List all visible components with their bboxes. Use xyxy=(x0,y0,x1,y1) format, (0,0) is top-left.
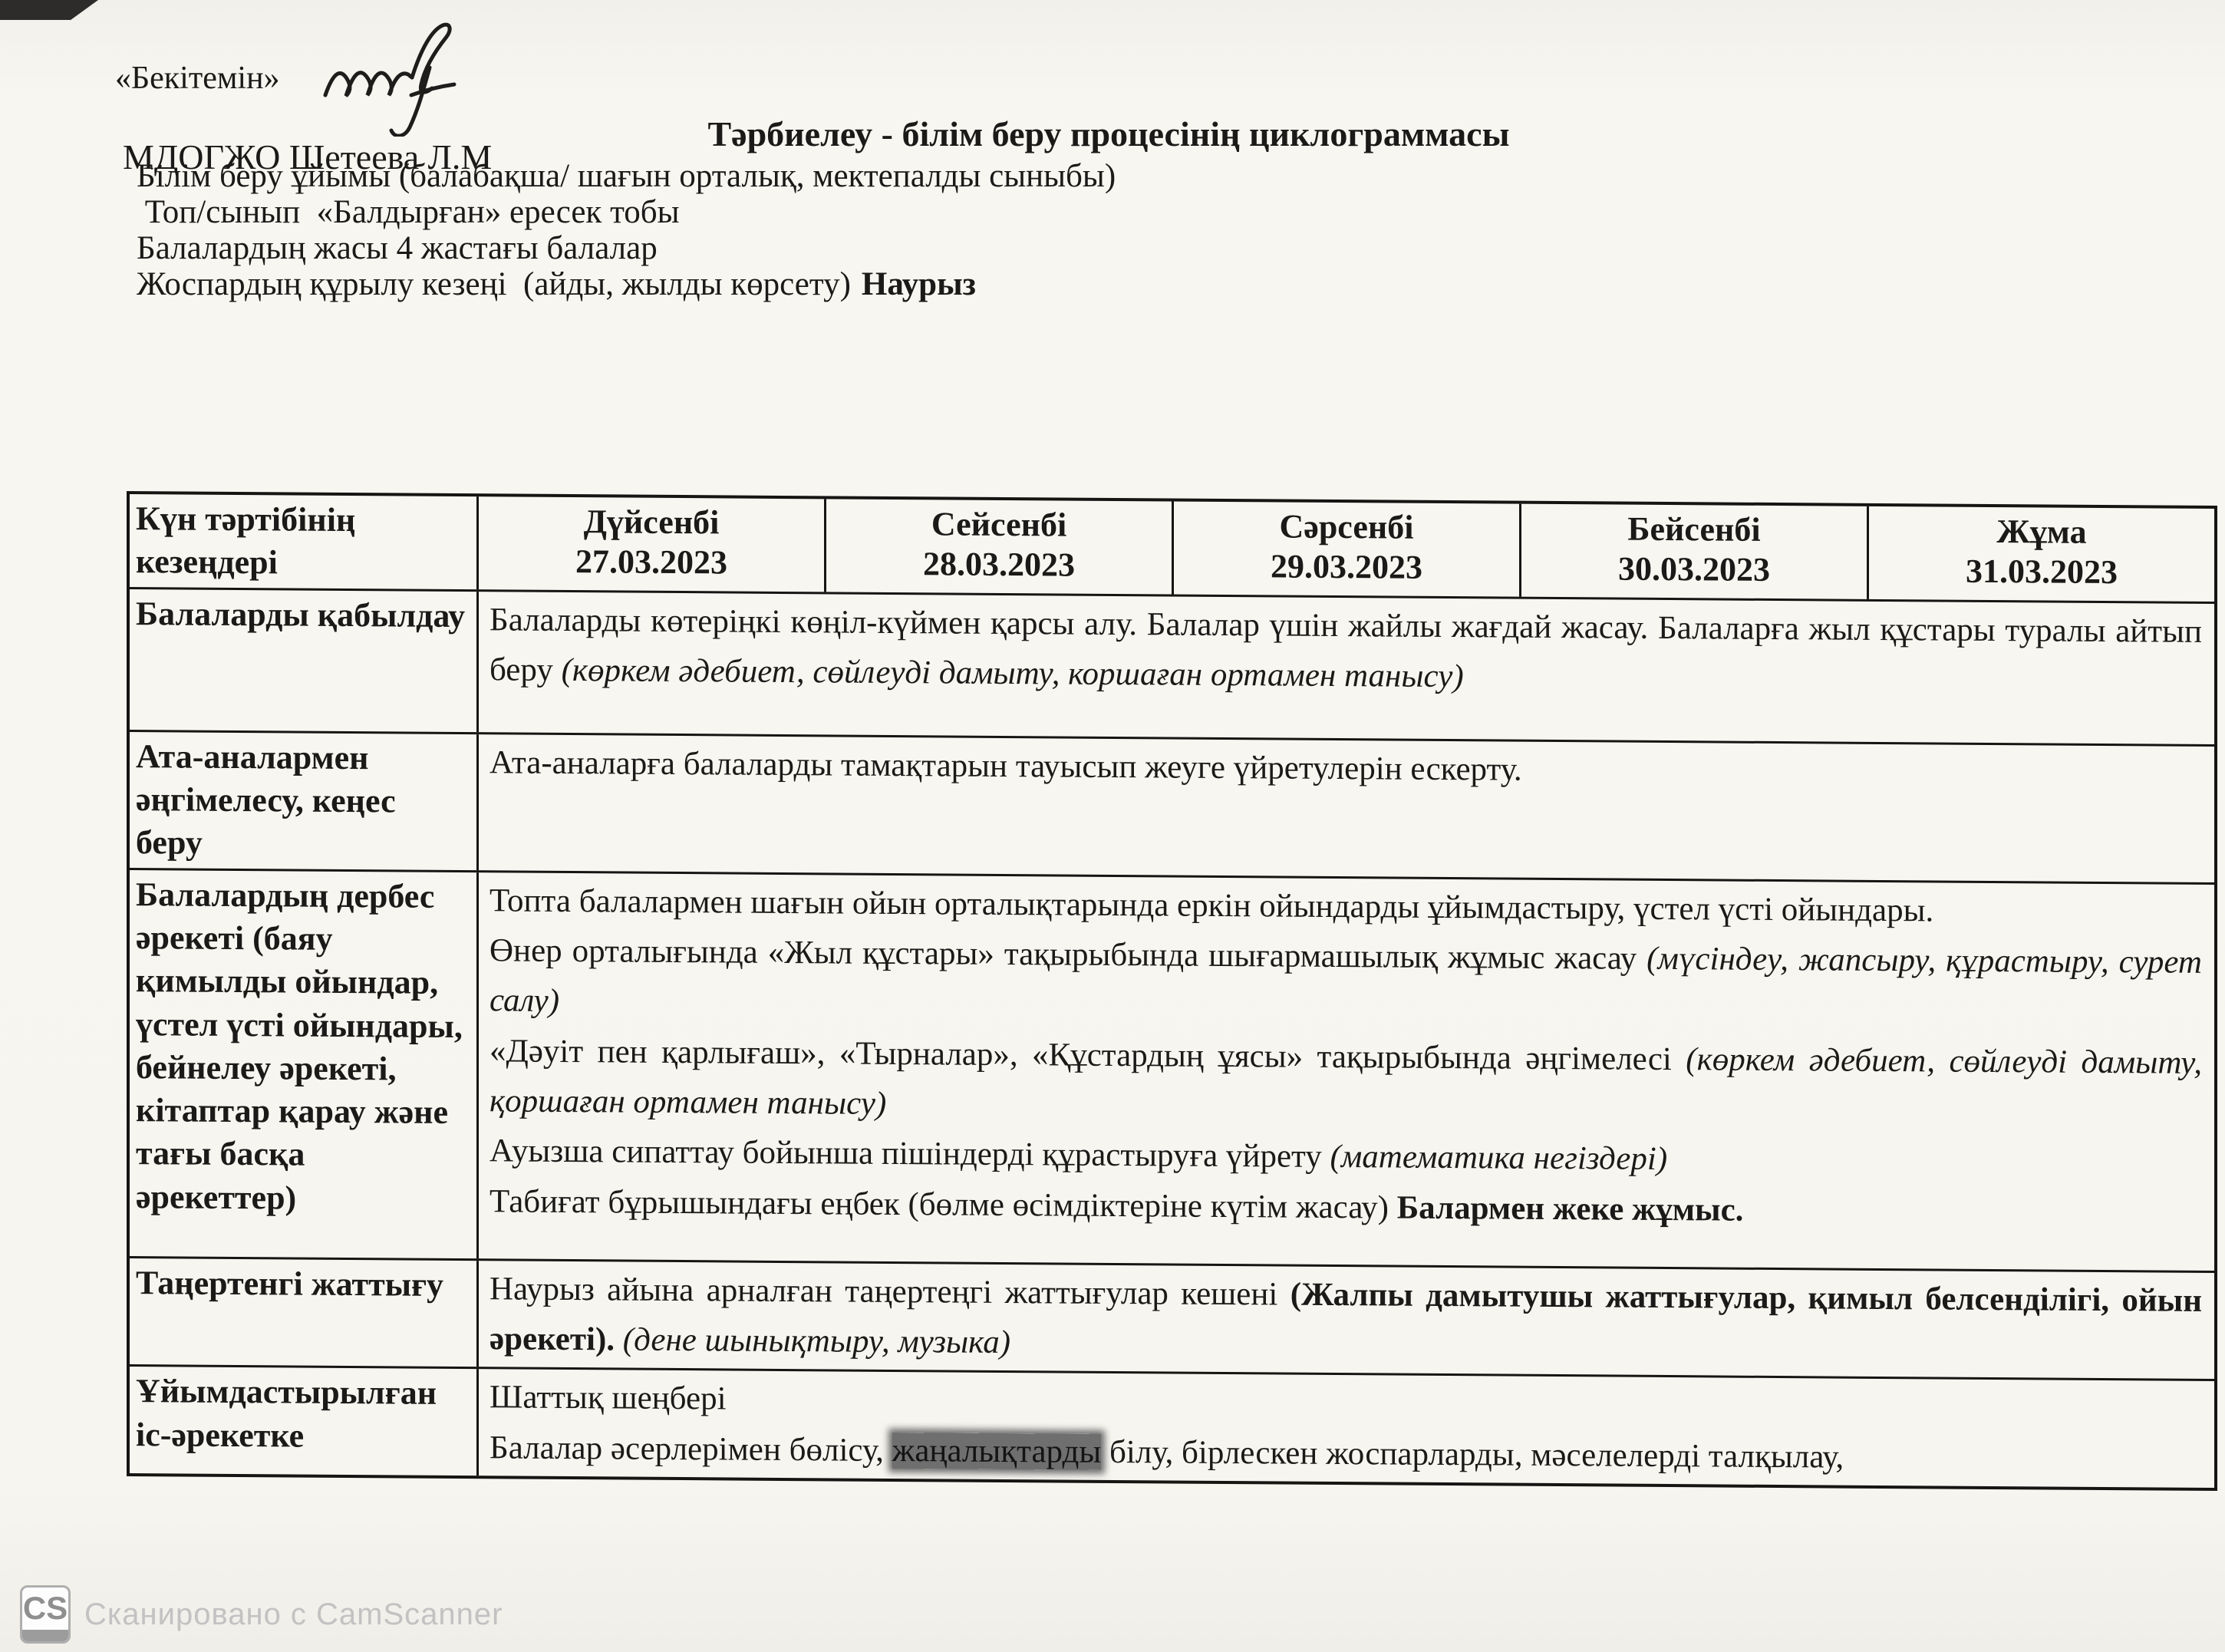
camscanner-logo-band xyxy=(22,1630,68,1641)
scan-corner-artifact xyxy=(0,0,98,20)
row-content: Шаттық шеңберіБалалар әсерлерімен бөлісу… xyxy=(479,1369,2214,1488)
paragraph: Наурыз айына арналған таңертеңгі жаттығу… xyxy=(489,1264,2202,1376)
text-segment: (дене шынықтыру, музыка) xyxy=(623,1321,1010,1360)
row-independent-activity: Балалардың дербес әрекеті (баяу қимылды … xyxy=(130,868,2214,1271)
approval-stamp-label: «Бекітемін» xyxy=(115,60,280,97)
day-date: 31.03.2023 xyxy=(1869,551,2214,593)
text-segment: Табиғат бұрышындағы еңбек (бөлме өсімдік… xyxy=(489,1183,1397,1225)
period-value: Наурыз xyxy=(862,266,976,302)
row-content: Ата-аналарға балаларды тамақтарын тауысы… xyxy=(479,734,2214,882)
text-segment: Ауызша сипаттау бойынша пішіндерді құрас… xyxy=(489,1133,1330,1176)
header-periods-column: Күн тәртібінің кезеңдері xyxy=(130,494,479,589)
text-segment: Ата-аналарға балаларды тамақтарын тауысы… xyxy=(489,744,1522,787)
text-segment: Топта балалармен шағын ойын орталықтарын… xyxy=(489,882,1933,928)
group-line: Топ/сынып «Балдырған» ересек тобы xyxy=(137,194,1116,230)
table-header-row: Күн тәртібінің кезеңдері Дүйсенбі 27.03.… xyxy=(130,494,2214,602)
row-morning-exercise: Таңертенгі жаттығу Наурыз айына арналған… xyxy=(130,1256,2214,1380)
header-friday: Жұма 31.03.2023 xyxy=(1869,506,2214,602)
row-child-reception: Балаларды қабылдау Балаларды көтеріңкі к… xyxy=(130,587,2214,744)
row-label: Балаларды қабылдау xyxy=(130,589,479,732)
org-line: Білім беру ұйымы (балабақша/ шағын ортал… xyxy=(137,158,1116,194)
day-date: 29.03.2023 xyxy=(1174,546,1519,588)
scanned-document-page: { "colors":{"ink":"#1b1a18","paper":"#f7… xyxy=(0,0,2225,1652)
age-line: Балалардың жасы 4 жастағы балалар xyxy=(137,230,1116,266)
day-name: Жұма xyxy=(1869,511,2214,553)
text-segment: «Дәуіт пен қарлығаш», «Тырналар», «Құста… xyxy=(489,1033,1686,1077)
paragraph: Өнер орталығында «Жыл құстары» тақырыбын… xyxy=(489,925,2202,1037)
row-label: Балалардың дербес әрекеті (баяу қимылды … xyxy=(130,870,479,1258)
row-label: Ата-аналармен әңгімелесу, кеңес беру xyxy=(130,732,479,870)
row-parent-talks: Ата-аналармен әңгімелесу, кеңес беру Ата… xyxy=(130,730,2214,882)
period-label: Жоспардың құрылу кезеңі (айды, жылды көр… xyxy=(137,266,851,302)
text-segment: (көркем әдебиет, сөйлеуді дамыту, коршағ… xyxy=(562,652,1464,694)
paragraph: «Дәуіт пен қарлығаш», «Тырналар», «Құста… xyxy=(489,1026,2202,1138)
text-segment: Өнер орталығында «Жыл құстары» тақырыбын… xyxy=(489,932,1646,977)
row-label: Ұйымдастырылған іс-әрекетке xyxy=(130,1367,479,1476)
text-segment: білу, бірлескен жоспарларды, мәселелерді… xyxy=(1101,1434,1844,1476)
text-segment: жаңалықтарды xyxy=(892,1433,1102,1470)
header-tuesday: Сейсенбі 28.03.2023 xyxy=(826,499,1174,594)
header-thursday: Бейсенбі 30.03.2023 xyxy=(1521,504,1869,599)
text-segment: Шаттық шеңбері xyxy=(489,1380,727,1417)
row-content: Топта балалармен шағын ойын орталықтарын… xyxy=(479,872,2214,1271)
cyclogram-table: Күн тәртібінің кезеңдері Дүйсенбі 27.03.… xyxy=(127,491,2217,1491)
day-name: Дүйсенбі xyxy=(479,501,824,543)
row-content: Наурыз айына арналған таңертеңгі жаттығу… xyxy=(479,1261,2214,1380)
camscanner-logo-icon: CS xyxy=(20,1585,71,1644)
text-segment: Балалар әсерлерімен бөлісу, xyxy=(489,1429,892,1469)
header-monday: Дүйсенбі 27.03.2023 xyxy=(479,496,826,592)
day-name: Сейсенбі xyxy=(826,503,1172,546)
period-line: Жоспардың құрылу кезеңі (айды, жылды көр… xyxy=(137,266,1116,302)
camscanner-logo-letters: CS xyxy=(22,1588,68,1629)
paragraph: Ата-аналарға балаларды тамақтарын тауысы… xyxy=(489,737,2202,800)
camscanner-watermark-text: Сканировано с CamScanner xyxy=(84,1598,503,1632)
day-date: 27.03.2023 xyxy=(479,541,824,583)
day-date: 30.03.2023 xyxy=(1521,549,1867,591)
row-organized-activity: Ұйымдастырылған іс-әрекетке Шаттық шеңбе… xyxy=(130,1364,2214,1488)
text-segment: Наурыз айына арналған таңертеңгі жаттығу… xyxy=(489,1271,1290,1312)
text-segment: (математика негіздері) xyxy=(1330,1139,1668,1177)
day-name: Сәрсенбі xyxy=(1174,506,1519,549)
row-content: Балаларды көтеріңкі көңіл-күймен қарсы а… xyxy=(479,592,2214,744)
row-label: Таңертенгі жаттығу xyxy=(130,1258,479,1367)
header-wednesday: Сәрсенбі 29.03.2023 xyxy=(1174,502,1521,597)
camscanner-footer: CS Сканировано с CamScanner xyxy=(20,1585,503,1644)
paragraph: Балаларды көтеріңкі көңіл-күймен қарсы а… xyxy=(489,595,2202,707)
day-name: Бейсенбі xyxy=(1521,509,1867,551)
header-info-block: Білім беру ұйымы (балабақша/ шағын ортал… xyxy=(137,158,1116,302)
day-date: 28.03.2023 xyxy=(826,543,1172,585)
doc-title: Тәрбиелеу - білім беру процесінің циклог… xyxy=(127,114,2091,154)
text-segment: Балармен жеке жұмыс. xyxy=(1397,1189,1744,1228)
